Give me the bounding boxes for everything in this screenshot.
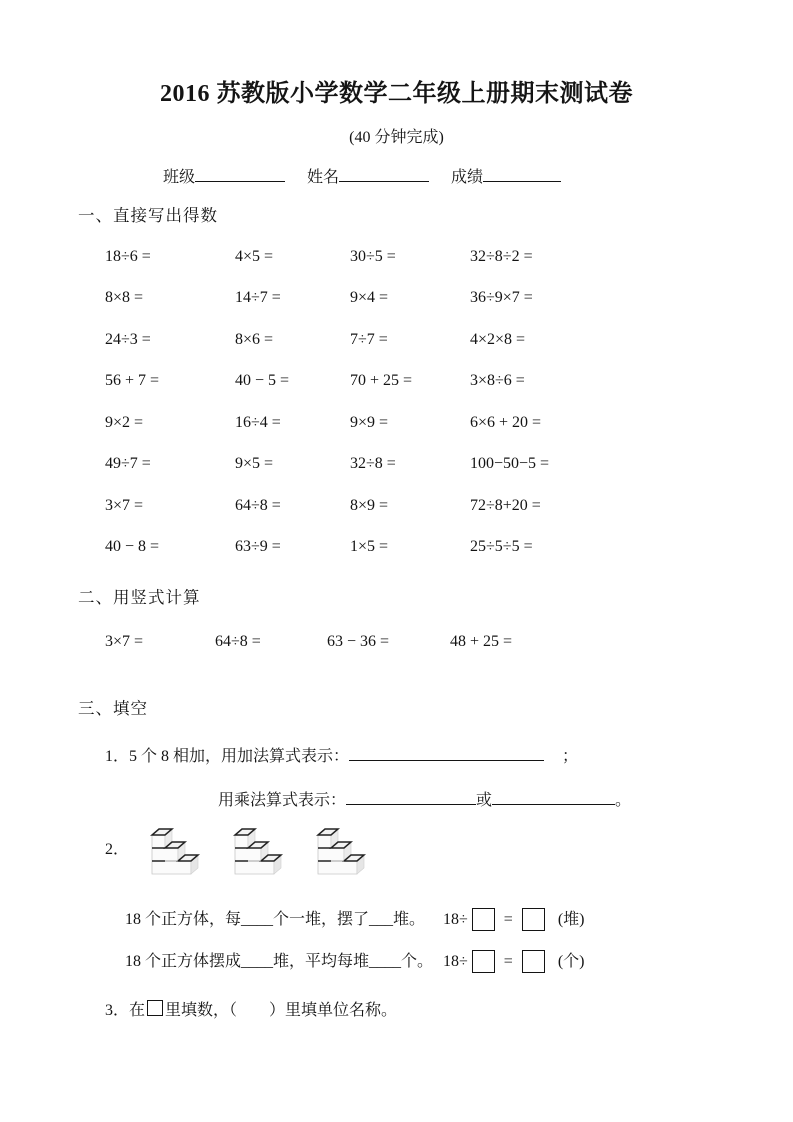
- problem: 9×2 =: [105, 415, 235, 457]
- section3-heading: 三、填空: [78, 701, 793, 718]
- problem: 100−50−5 =: [470, 456, 793, 498]
- item1-period: 。: [615, 792, 631, 809]
- score-label: 成绩: [451, 169, 483, 186]
- problem: 9×5 =: [235, 456, 350, 498]
- item1-line1-end: ；: [562, 748, 578, 765]
- class-field: 班级: [163, 166, 285, 186]
- problem: 6×6 + 20 =: [470, 415, 793, 457]
- problem: 8×8 =: [105, 290, 235, 332]
- item3-suffix: 里填数，（ ）里填单位名称。: [165, 1002, 397, 1019]
- divisor-answer-box[interactable]: [472, 908, 495, 931]
- class-blank[interactable]: [195, 166, 285, 182]
- problem: 64÷8 =: [235, 498, 350, 540]
- cube-staircase-icon: [316, 824, 372, 876]
- equals-sign: =: [504, 954, 513, 970]
- item1-line1: 1．5 个 8 相加，用加法算式表示：；: [105, 745, 793, 765]
- problem: 30÷5 =: [350, 249, 470, 291]
- problem: 48 + 25 =: [450, 634, 793, 650]
- problem: 3×7 =: [105, 498, 235, 540]
- problem: 4×5 =: [235, 249, 350, 291]
- problem: 72÷8+20 =: [470, 498, 793, 540]
- problem: 64÷8 =: [215, 634, 327, 650]
- problem: 63÷9 =: [235, 539, 350, 581]
- name-field: 姓名: [307, 166, 429, 186]
- equation-unit: (堆): [558, 912, 585, 928]
- item2-number: 2．: [105, 824, 150, 858]
- problem: 9×9 =: [350, 415, 470, 457]
- problem: 14÷7 =: [235, 290, 350, 332]
- section1-heading: 一、直接写出得数: [78, 208, 793, 225]
- item2-line1-text: 18 个正方体，每____个一堆，摆了___堆。: [125, 912, 443, 928]
- cube-staircase-icon: [233, 824, 289, 876]
- problem: 7÷7 =: [350, 332, 470, 374]
- problem: 1×5 =: [350, 539, 470, 581]
- problem: 3×7 =: [105, 634, 215, 650]
- name-label: 姓名: [307, 169, 339, 186]
- exam-paper-page: 2016 苏教版小学数学二年级上册期末测试卷 (40 分钟完成) 班级 姓名 成…: [0, 0, 793, 1122]
- equation-prefix: 18÷: [443, 954, 468, 970]
- equation-unit: (个): [558, 954, 585, 970]
- item3-line: 3．在里填数，（ ）里填单位名称。: [105, 1000, 793, 1019]
- equals-sign: =: [504, 912, 513, 928]
- problem: 25÷5÷5 =: [470, 539, 793, 581]
- problem: 49÷7 =: [105, 456, 235, 498]
- divisor-answer-box[interactable]: [472, 950, 495, 973]
- number-fill-box[interactable]: [147, 1000, 163, 1016]
- problem: 40 − 5 =: [235, 373, 350, 415]
- item2-line1: 18 个正方体，每____个一堆，摆了___堆。 18÷ = (堆): [125, 907, 793, 933]
- section2-problem-row: 3×7 = 64÷8 = 63 − 36 = 48 + 25 =: [105, 634, 793, 650]
- problem: 24÷3 =: [105, 332, 235, 374]
- problem: 36÷9×7 =: [470, 290, 793, 332]
- item1-multiplication-blank-1[interactable]: [346, 789, 476, 805]
- item1-line2-text: 用乘法算式表示：: [218, 792, 346, 809]
- quotient-answer-box[interactable]: [522, 908, 545, 931]
- item1-or-text: 或: [476, 792, 492, 809]
- equation-prefix: 18÷: [443, 912, 468, 928]
- problem: 70 + 25 =: [350, 373, 470, 415]
- item2-line1-equation: 18÷ = (堆): [443, 908, 584, 931]
- problem: 8×6 =: [235, 332, 350, 374]
- problem: 32÷8 =: [350, 456, 470, 498]
- cube-staircase-icon: [150, 824, 206, 876]
- problem: 56 + 7 =: [105, 373, 235, 415]
- problem: 63 − 36 =: [327, 634, 450, 650]
- item1-line2: 用乘法算式表示：或。: [218, 789, 793, 809]
- quotient-answer-box[interactable]: [522, 950, 545, 973]
- problem: 4×2×8 =: [470, 332, 793, 374]
- problem: 16÷4 =: [235, 415, 350, 457]
- section1-problem-grid: 18÷6 = 4×5 = 30÷5 = 32÷8÷2 = 8×8 = 14÷7 …: [105, 249, 793, 581]
- student-info-row: 班级 姓名 成绩: [163, 166, 793, 186]
- problem: 3×8÷6 =: [470, 373, 793, 415]
- item2-line2-equation: 18÷ = (个): [443, 950, 584, 973]
- problem: 9×4 =: [350, 290, 470, 332]
- item1-line1-text: 1．5 个 8 相加，用加法算式表示：: [105, 748, 349, 765]
- item2-images-row: 2．: [105, 824, 793, 876]
- page-title: 2016 苏教版小学数学二年级上册期末测试卷: [0, 0, 793, 106]
- time-limit-note: (40 分钟完成): [0, 130, 793, 146]
- class-label: 班级: [163, 169, 195, 186]
- item1-addition-blank[interactable]: [349, 745, 544, 761]
- problem: 32÷8÷2 =: [470, 249, 793, 291]
- problem: 18÷6 =: [105, 249, 235, 291]
- item1-multiplication-blank-2[interactable]: [492, 789, 615, 805]
- item2-line2: 18 个正方体摆成____堆，平均每堆____个。 18÷ = (个): [125, 949, 793, 975]
- problem: 40 − 8 =: [105, 539, 235, 581]
- item2-line2-text: 18 个正方体摆成____堆，平均每堆____个。: [125, 954, 443, 970]
- item3-prefix: 3．在: [105, 1002, 145, 1019]
- score-blank[interactable]: [483, 166, 561, 182]
- problem: 8×9 =: [350, 498, 470, 540]
- section2-heading: 二、用竖式计算: [78, 590, 793, 607]
- score-field: 成绩: [451, 166, 561, 186]
- name-blank[interactable]: [339, 166, 429, 182]
